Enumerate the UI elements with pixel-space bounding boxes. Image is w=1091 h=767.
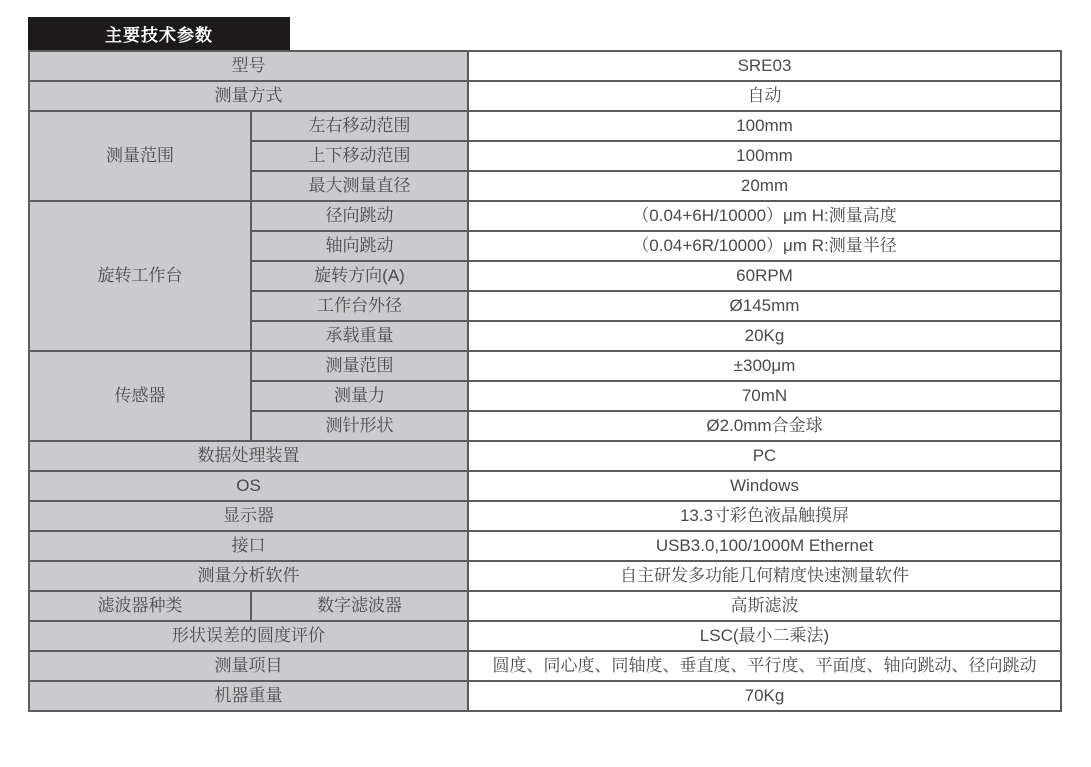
sublabel-cell: 轴向跳动 — [251, 231, 468, 261]
table-row: 测量方式自动 — [29, 81, 1061, 111]
label-cell: 测量分析软件 — [29, 561, 468, 591]
value-cell: 60RPM — [468, 261, 1061, 291]
table-row: 旋转工作台径向跳动（0.04+6H/10000）μm H:测量高度 — [29, 201, 1061, 231]
sublabel-cell: 工作台外径 — [251, 291, 468, 321]
value-cell: ±300μm — [468, 351, 1061, 381]
table-row: 形状误差的圆度评价LSC(最小二乘法) — [29, 621, 1061, 651]
label-cell: 数据处理装置 — [29, 441, 468, 471]
value-cell: 20mm — [468, 171, 1061, 201]
label-cell: 测量方式 — [29, 81, 468, 111]
value-cell: （0.04+6R/10000）μm R:测量半径 — [468, 231, 1061, 261]
label-cell: OS — [29, 471, 468, 501]
label-cell: 显示器 — [29, 501, 468, 531]
table-row: 显示器13.3寸彩色液晶触摸屏 — [29, 501, 1061, 531]
sublabel-cell: 测量力 — [251, 381, 468, 411]
title-tab: 主要技术参数 — [28, 17, 290, 50]
sublabel-cell: 测针形状 — [251, 411, 468, 441]
page: 主要技术参数 型号SRE03测量方式自动测量范围左右移动范围100mm上下移动范… — [0, 0, 1091, 767]
value-cell: USB3.0,100/1000M Ethernet — [468, 531, 1061, 561]
value-cell: PC — [468, 441, 1061, 471]
sublabel-cell: 数字滤波器 — [251, 591, 468, 621]
table-row: 测量范围左右移动范围100mm — [29, 111, 1061, 141]
table-row: 测量分析软件自主研发多功能几何精度快速测量软件 — [29, 561, 1061, 591]
value-cell: Windows — [468, 471, 1061, 501]
table-row: 型号SRE03 — [29, 51, 1061, 81]
value-cell: 自主研发多功能几何精度快速测量软件 — [468, 561, 1061, 591]
label-cell: 接口 — [29, 531, 468, 561]
sublabel-cell: 测量范围 — [251, 351, 468, 381]
sublabel-cell: 径向跳动 — [251, 201, 468, 231]
value-cell: LSC(最小二乘法) — [468, 621, 1061, 651]
sublabel-cell: 上下移动范围 — [251, 141, 468, 171]
table-row: 数据处理装置PC — [29, 441, 1061, 471]
label-cell: 测量项目 — [29, 651, 468, 681]
sublabel-cell: 承载重量 — [251, 321, 468, 351]
group-label-cell: 传感器 — [29, 351, 251, 441]
table-row: 传感器测量范围±300μm — [29, 351, 1061, 381]
table-row: 滤波器种类数字滤波器高斯滤波 — [29, 591, 1061, 621]
table-row: 测量项目圆度、同心度、同轴度、垂直度、平行度、平面度、轴向跳动、径向跳动 — [29, 651, 1061, 681]
label-cell: 机器重量 — [29, 681, 468, 711]
sublabel-cell: 旋转方向(A) — [251, 261, 468, 291]
value-cell: Ø2.0mm合金球 — [468, 411, 1061, 441]
group-label-cell: 旋转工作台 — [29, 201, 251, 351]
value-cell: 70Kg — [468, 681, 1061, 711]
title-tab-label: 主要技术参数 — [105, 21, 213, 46]
label-cell: 型号 — [29, 51, 468, 81]
sublabel-cell: 最大测量直径 — [251, 171, 468, 201]
table-row: 机器重量70Kg — [29, 681, 1061, 711]
group-label-cell: 测量范围 — [29, 111, 251, 201]
value-cell: 高斯滤波 — [468, 591, 1061, 621]
table-row: 接口USB3.0,100/1000M Ethernet — [29, 531, 1061, 561]
value-cell: 自动 — [468, 81, 1061, 111]
value-cell: Ø145mm — [468, 291, 1061, 321]
value-cell: SRE03 — [468, 51, 1061, 81]
label-cell: 形状误差的圆度评价 — [29, 621, 468, 651]
value-cell: 100mm — [468, 111, 1061, 141]
value-cell: 圆度、同心度、同轴度、垂直度、平行度、平面度、轴向跳动、径向跳动 — [468, 651, 1061, 681]
label-cell: 滤波器种类 — [29, 591, 251, 621]
spec-table-body: 型号SRE03测量方式自动测量范围左右移动范围100mm上下移动范围100mm最… — [29, 51, 1061, 711]
value-cell: 13.3寸彩色液晶触摸屏 — [468, 501, 1061, 531]
value-cell: 20Kg — [468, 321, 1061, 351]
spec-table: 型号SRE03测量方式自动测量范围左右移动范围100mm上下移动范围100mm最… — [28, 50, 1062, 712]
value-cell: 100mm — [468, 141, 1061, 171]
value-cell: （0.04+6H/10000）μm H:测量高度 — [468, 201, 1061, 231]
table-row: OSWindows — [29, 471, 1061, 501]
sublabel-cell: 左右移动范围 — [251, 111, 468, 141]
value-cell: 70mN — [468, 381, 1061, 411]
